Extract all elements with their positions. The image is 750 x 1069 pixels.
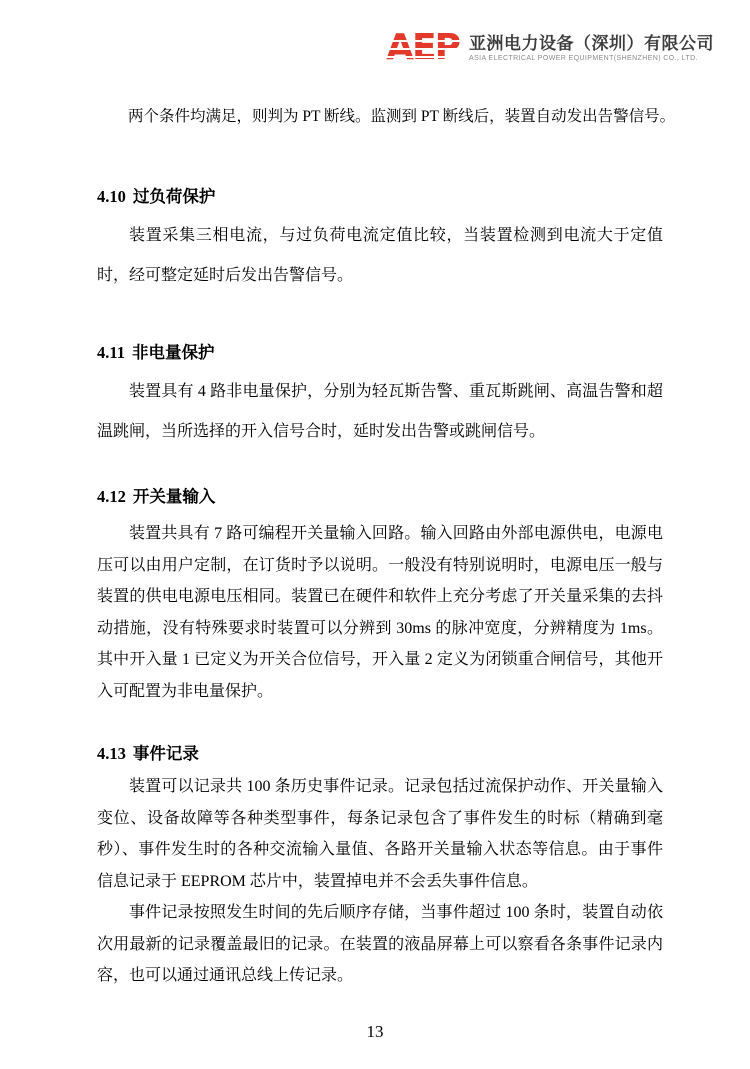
section-heading-4-10: 4.10过负荷保护 [97,186,663,208]
section-paragraph: 装置具有 4 路非电量保护，分别为轻瓦斯告警、重瓦斯跳闸、高温告警和超温跳闸，当… [97,372,663,452]
section-paragraph: 装置采集三相电流，与过负荷电流定值比较，当装置检测到电流大于定值时，经可整定延时… [97,216,663,296]
section-title: 非电量保护 [132,344,215,362]
aep-logo-icon: AEP [386,31,461,65]
section-heading-4-13: 4.13事件记录 [97,743,663,765]
intro-paragraph: 两个条件均满足，则判为 PT 断线。监测到 PT 断线后，装置自动发出告警信号。 [97,104,663,130]
section-number: 4.13 [97,744,126,763]
company-name-english: ASIA ELECTRICAL POWER EQUIPMENT(SHENZHEN… [469,54,714,63]
document-content: 两个条件均满足，则判为 PT 断线。监测到 PT 断线后，装置自动发出告警信号。… [97,104,663,992]
section-paragraph: 装置可以记录共 100 条历史事件记录。记录包括过流保护动作、开关量输入变位、设… [97,771,663,897]
page-number: 13 [367,1022,384,1041]
section-4-11: 4.11非电量保护 装置具有 4 路非电量保护，分别为轻瓦斯告警、重瓦斯跳闸、高… [97,342,663,452]
logo-stripe-decoration [384,48,461,50]
section-4-13: 4.13事件记录 装置可以记录共 100 条历史事件记录。记录包括过流保护动作、… [97,743,663,992]
section-number: 4.11 [97,343,125,362]
section-heading-4-11: 4.11非电量保护 [97,342,663,364]
section-4-10: 4.10过负荷保护 装置采集三相电流，与过负荷电流定值比较，当装置检测到电流大于… [97,186,663,296]
logo-stripe-decoration [384,56,461,58]
section-4-12: 4.12开关量输入 装置共具有 7 路可编程开关量输入回路。输入回路由外部电源供… [97,486,663,707]
page-footer: 13 [0,1022,750,1042]
logo-stripe-decoration [384,40,461,42]
section-heading-4-12: 4.12开关量输入 [97,486,663,508]
section-number: 4.10 [97,187,126,206]
section-paragraph: 装置共具有 7 路可编程开关量输入回路。输入回路由外部电源供电，电源电压可以由用… [97,518,663,707]
company-name-chinese: 亚洲电力设备（深圳）有限公司 [469,34,714,53]
company-name-block: 亚洲电力设备（深圳）有限公司 ASIA ELECTRICAL POWER EQU… [469,34,714,63]
document-page: { "header": { "logo_text": "AEP", "compa… [0,0,750,1069]
section-number: 4.12 [97,487,126,506]
section-title: 开关量输入 [133,488,216,506]
page-header: AEP 亚洲电力设备（深圳）有限公司 ASIA ELECTRICAL POWER… [386,31,714,65]
section-paragraph: 事件记录按照发生时间的先后顺序存储，当事件超过 100 条时，装置自动依次用最新… [97,897,663,992]
section-title: 过负荷保护 [133,188,216,206]
section-title: 事件记录 [133,745,199,763]
